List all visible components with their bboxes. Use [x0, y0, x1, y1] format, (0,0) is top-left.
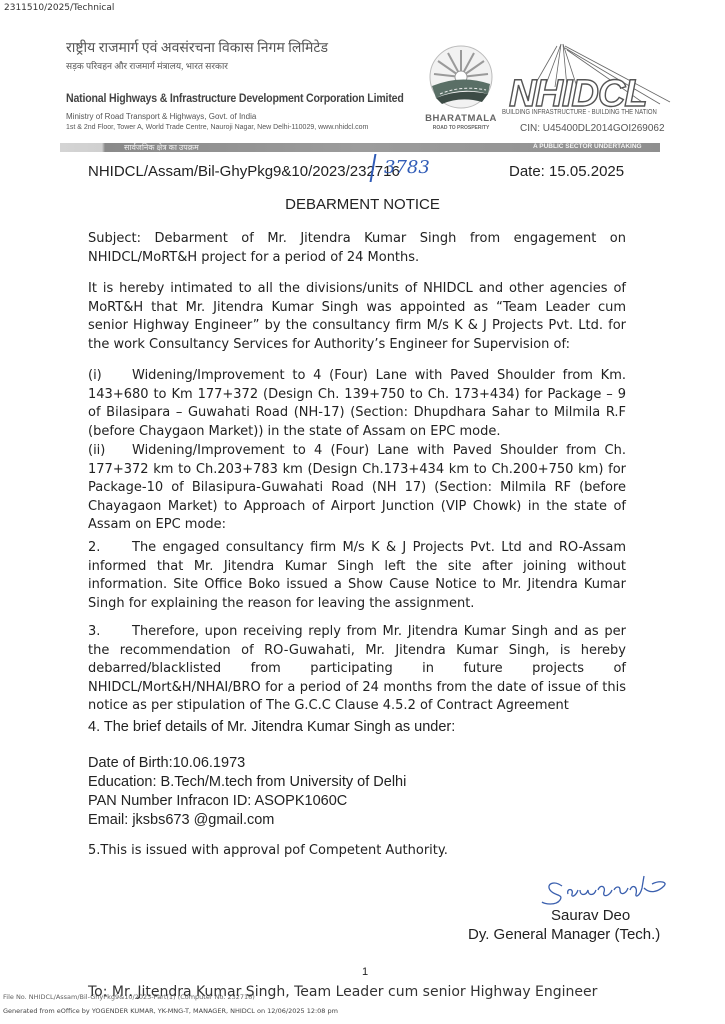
paragraph-2-text: The engaged consultancy firm M/s K & J P…	[88, 540, 626, 611]
bharatmala-name: BHARATMALA	[414, 113, 508, 124]
hindi-org-name: राष्ट्रीय राजमार्ग एवं अवसंरचना विकास नि…	[66, 38, 328, 57]
org-name: National Highways & Infrastructure Devel…	[66, 93, 404, 105]
item-i-text: Widening/Improvement to 4 (Four) Lane wi…	[88, 368, 626, 439]
band-english-text: A PUBLIC SECTOR UNDERTAKING	[533, 143, 642, 150]
paragraph-4: 4. The brief details of Mr. Jitendra Kum…	[88, 718, 455, 738]
item-ii-label: (ii)	[88, 442, 132, 461]
paragraph-3-text: Therefore, upon receiving reply from Mr.…	[88, 624, 626, 713]
bharatmala-logo-icon	[428, 44, 494, 110]
nhidcl-logo-icon: NHIDCL	[505, 42, 675, 110]
reference-number: NHIDCL/Assam/Bil-GhyPkg9&10/2023/232716	[88, 163, 400, 180]
signature-icon	[540, 868, 690, 908]
signatory-name: Saurav Deo	[551, 907, 630, 924]
generated-by-line: Generated from eOffice by YOGENDER KUMAR…	[3, 1007, 338, 1015]
svg-text:NHIDCL: NHIDCL	[509, 73, 647, 110]
item-i-paragraph: (i)Widening/Improvement to 4 (Four) Lane…	[88, 367, 626, 441]
address-line: 1st & 2nd Floor, Tower A, World Trade Ce…	[66, 124, 368, 131]
file-number: File No. NHIDCL/Assam/Bil-GhyPkg9&10/202…	[3, 993, 255, 1001]
subject-paragraph: Subject: Debarment of Mr. Jitendra Kumar…	[88, 230, 626, 267]
nhidcl-tagline: BUILDING INFRASTRUCTURE - BUILDING THE N…	[502, 109, 657, 116]
handwritten-dispatch-number: 3783	[384, 157, 430, 178]
detail-education: Education: B.Tech/M.tech from University…	[88, 773, 406, 793]
ministry-line: Ministry of Road Transport & Highways, G…	[66, 112, 256, 121]
notice-title: DEBARMENT NOTICE	[0, 196, 725, 213]
paragraph-3: 3.Therefore, upon receiving reply from M…	[88, 623, 626, 716]
bharatmala-tagline: ROAD TO PROSPERITY	[414, 125, 508, 131]
intro-paragraph: It is hereby intimated to all the divisi…	[88, 280, 626, 354]
cin-number: CIN: U45400DL2014GOI269062	[520, 123, 665, 134]
detail-pan: PAN Number Infracon ID: ASOPK1060C	[88, 792, 347, 812]
paragraph-2-label: 2.	[88, 539, 132, 558]
item-ii-text: Widening/Improvement to 4 (Four) Lane wi…	[88, 443, 626, 532]
hindi-ministry: सड़क परिवहन और राजमार्ग मंत्रालय, भारत स…	[66, 59, 228, 72]
signatory-designation: Dy. General Manager (Tech.)	[468, 926, 660, 943]
notice-date: Date: 15.05.2025	[509, 163, 624, 180]
paragraph-3-label: 3.	[88, 623, 132, 642]
top-reference: 2311510/2025/Technical	[4, 3, 114, 13]
item-i-label: (i)	[88, 367, 132, 386]
page-number: 1	[362, 966, 368, 978]
detail-dob: Date of Birth:10.06.1973	[88, 754, 245, 774]
paragraph-5: 5.This is issued with approval pof Compe…	[88, 843, 448, 858]
item-ii-paragraph: (ii)Widening/Improvement to 4 (Four) Lan…	[88, 442, 626, 535]
paragraph-2: 2.The engaged consultancy firm M/s K & J…	[88, 539, 626, 613]
band-hindi-text: सार्वजनिक क्षेत्र का उपक्रम	[124, 142, 199, 153]
detail-email: Email: jksbs673 @gmail.com	[88, 811, 274, 831]
